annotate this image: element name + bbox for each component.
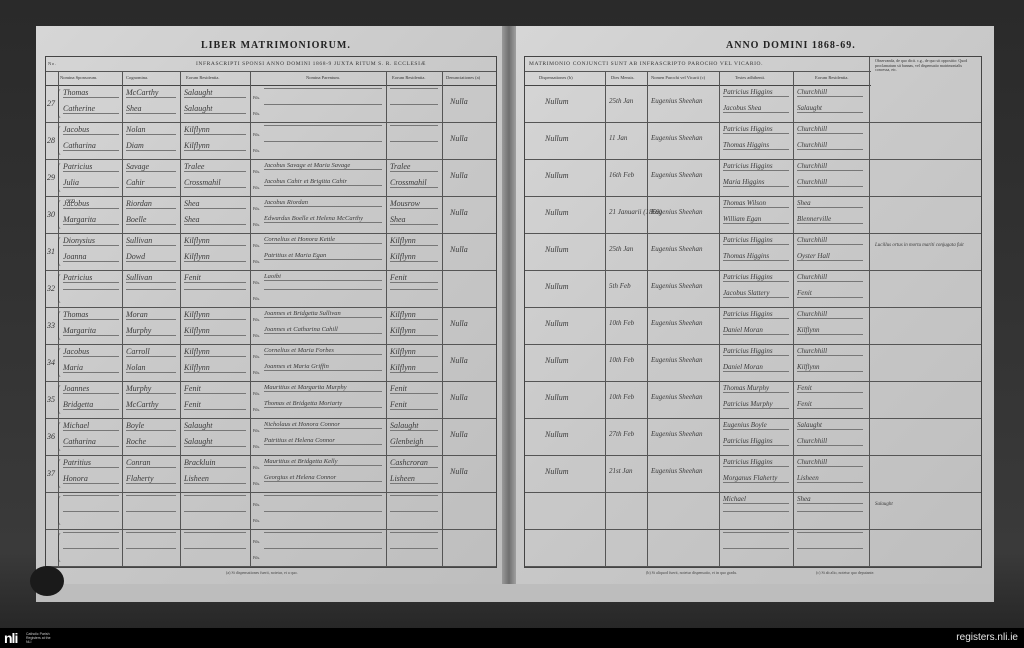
priest-name: Eugenius Sheehan [651,171,703,179]
bride-residence: Lisheen [184,474,246,484]
groom-parents: Mauritius et Bridgetta Kelly [264,458,382,466]
groom-residence: Kilflynn [184,347,246,357]
bride-parents: Patritius et Maria Egan [264,252,382,260]
dispensation: Nullum [545,134,569,143]
witness-2: Jacobus Shea [723,104,789,113]
dispensation: Nullum [545,393,569,402]
groom-name: Patricius [63,162,119,172]
marriage-date: 25th Jan [609,97,633,105]
groom-surname: Murphy [126,384,176,394]
marriage-date: 16th Feb [609,171,634,179]
witness-1-residence: Churchhill [797,162,863,171]
banns: Nulla [450,171,468,180]
groom-parents [264,495,382,496]
col-parents-residentia: Eorum Residentia. [392,75,426,80]
bride-name: Catharina [63,141,119,151]
banns: Nulla [450,356,468,365]
groom-residence [184,532,246,533]
witness-1: Patricius Higgins [723,458,789,467]
groom-residence [184,495,246,496]
groom-parents-residence [390,532,438,533]
groom-name: Thomas [63,88,119,98]
groom-parents: Nicholaus et Honora Connor [264,421,382,429]
bride-surname: Nolan [126,363,176,373]
col-dispensationes: Dispensationes (b) [539,75,573,80]
witness-2 [723,511,789,512]
witness-1: Michael [723,495,789,504]
priest-name: Eugenius Sheehan [651,467,703,475]
bride-surname [126,289,176,290]
groom-name: Michael [63,421,119,431]
entry-number: 32 [47,284,55,293]
col-dies-mensis: Dies Mensis. [611,75,635,80]
groom-parents-residence [390,125,438,126]
banns: Nulla [450,208,468,217]
witness-1-residence: Shea [797,495,863,504]
witness-1-residence: Churchhill [797,125,863,134]
groom-residence: Tralee [184,162,246,172]
right-footnote-b: (b) Si aliquod fuerit, notetur dispensat… [646,570,737,575]
bride-residence [184,548,246,549]
bride-parents: Joannes et Maria Griffin [264,363,382,371]
filius-label: Fils. [253,206,260,211]
footer-bar: nli Catholic Parish Registers at the NLI… [0,628,1024,648]
groom-parents-residence: Salaught [390,421,438,431]
groom-name: Jacobus [63,199,119,209]
groom-parents-residence: Mousrow [390,199,438,209]
witness-1: Eugenius Boyle [723,421,789,430]
groom-name: Thomas [63,310,119,320]
groom-parents-residence: Kilflynn [390,310,438,320]
filius-label: Fils. [253,243,260,248]
witness-2-residence: Oyster Hall [797,252,863,261]
groom-residence: Kilflynn [184,310,246,320]
groom-parents [264,125,382,126]
witness-2: Patricius Murphy [723,400,789,409]
groom-residence: Fenit [184,273,246,283]
bride-residence: Salaught [184,104,246,114]
bride-residence: Kilflynn [184,252,246,262]
bride-residence: Fenit [184,400,246,410]
witness-2-residence [797,548,863,549]
bride-parents: Edwardus Boelle et Helena McCarthy [264,215,382,223]
groom-name: Patritius [63,458,119,468]
col-testes: Testes adhibenti. [735,75,765,80]
filius-label: Fils. [253,280,260,285]
left-register-table: No. INFRASCRIPTI SPONSI ANNO DOMINI 1868… [45,56,497,568]
groom-residence: Salaught [184,421,246,431]
bride-parents: Thomas et Bridgetta Moriarty [264,400,382,408]
groom-surname [126,495,176,496]
groom-residence: Kilflynn [184,125,246,135]
witness-2: Patricius Higgins [723,437,789,446]
groom-name: Patricius [63,273,119,283]
marriage-date: 10th Feb [609,356,634,364]
dispensation: Nullum [545,171,569,180]
bride-name: Joanna [63,252,119,262]
right-register-table: MATRIMONIO CONJUNCTI SUNT AB INFRASCRIPT… [524,56,982,568]
witness-1: Patricius Higgins [723,273,789,282]
witness-1 [723,532,789,533]
bride-parents-residence: Shea [390,215,438,225]
witness-2-residence: Kilflynn [797,326,863,335]
bride-parents-residence [390,104,438,105]
site-link[interactable]: registers.nli.ie [956,632,1018,643]
groom-surname: Savage [126,162,176,172]
right-page-title: ANNO DOMINI 1868-69. [726,40,856,51]
groom-name: Dionysius [63,236,119,246]
bride-parents-residence [390,511,438,512]
dispensation: Nullum [545,282,569,291]
filia-label: Fils. [253,370,260,375]
witness-1-residence: Churchhill [797,88,863,97]
groom-parents-residence [390,88,438,89]
entry-number: 27 [47,99,55,108]
witness-2 [723,548,789,549]
priest-name: Eugenius Sheehan [651,430,703,438]
bride-residence [184,289,246,290]
book-gutter [502,26,516,584]
groom-parents: Laoibi [264,273,382,281]
bride-name: Bridgetta [63,400,119,410]
witness-2-residence: Fenit [797,289,863,298]
banns: Nulla [450,134,468,143]
filius-label: Fils. [253,317,260,322]
bride-parents-residence [390,141,438,142]
witness-1-residence: Churchhill [797,273,863,282]
bride-residence: Kilflynn [184,326,246,336]
bride-parents-residence [390,548,438,549]
groom-parents: Cornelius et Honora Kettle [264,236,382,244]
bride-parents-residence: Kilflynn [390,326,438,336]
bride-surname: Roche [126,437,176,447]
scanned-register-image: LIBER MATRIMONIORUM. 369 No. INFRASCRIPT… [0,0,1024,628]
marriage-date: 21st Jan [609,467,633,475]
observation-note: Lucillus ortus in mortu mariti conjugata… [875,243,975,248]
groom-name: Jacobus [63,125,119,135]
priest-name: Eugenius Sheehan [651,97,703,105]
nli-logo-text: Catholic Parish Registers at the NLI [26,632,56,644]
bride-parents-residence [390,289,438,290]
groom-name: Jacobus [63,347,119,357]
bride-parents [264,289,382,290]
bride-surname: Cahir [126,178,176,188]
witness-1-residence: Churchhill [797,236,863,245]
filia-label: Fils. [253,407,260,412]
left-page-title: LIBER MATRIMONIORUM. [201,40,351,51]
right-page: ANNO DOMINI 1868-69. MATRIMONIO CONJUNCT… [516,26,994,584]
entry-number: 31 [47,247,55,256]
bride-name: Catharina [63,437,119,447]
filia-label: Fils. [253,555,260,560]
groom-surname: Carroll [126,347,176,357]
bride-surname: Boelle [126,215,176,225]
bride-surname: Dowd [126,252,176,262]
bride-surname [126,511,176,512]
col-testes-residentia: Eorum Residentia. [815,75,849,80]
groom-name: Joannes [63,384,119,394]
banns: Nulla [450,393,468,402]
col-cognomina: Cognomina. [126,75,148,80]
filia-label: Fils. [253,185,260,190]
witness-1: Patricius Higgins [723,310,789,319]
bride-residence: Shea [184,215,246,225]
left-column-headers: Nomina Sponsorum. Cognomina. Eorum Resid… [46,71,496,86]
groom-parents [264,88,382,89]
bride-parents-residence: Crossmahil [390,178,438,188]
groom-surname: Sullivan [126,273,176,283]
marriage-date: 11 Jan [609,134,627,142]
right-column-headers: Dispensationes (b) Dies Mensis. Nomen Pa… [525,71,871,86]
priest-name: Eugenius Sheehan [651,282,703,290]
banns: Nulla [450,467,468,476]
bride-surname [126,548,176,549]
col-parochus: Nomen Parochi vel Vicarii (c) [651,75,705,80]
dispensation: Nullum [545,319,569,328]
witness-1-residence: Fenit [797,384,863,393]
bride-name: Julia [63,178,119,188]
witness-2: William Egan [723,215,789,224]
witness-1-residence: Shea [797,199,863,208]
groom-residence: Salaught [184,88,246,98]
filius-label: Fils. [253,391,260,396]
bride-parents: Patritius et Helena Connor [264,437,382,445]
witness-2: Daniel Moran [723,326,789,335]
bride-surname: Murphy [126,326,176,336]
dispensation: Nullum [545,430,569,439]
filia-label: Fils. [253,481,260,486]
left-header-text: INFRASCRIPTI SPONSI ANNO DOMINI 1868-9 J… [196,61,426,67]
entry-number: 30 [47,210,55,219]
witness-1-residence [797,532,863,533]
bride-parents-residence: Kilflynn [390,363,438,373]
witness-2: Thomas Higgins [723,141,789,150]
left-footnote: (a) Si dispensationes fuerit, notetur, e… [226,570,298,575]
bride-name: Maria [63,363,119,373]
witness-2-residence: Salaught [797,104,863,113]
groom-parents: Mauritius et Margarita Murphy [264,384,382,392]
witness-1: Patricius Higgins [723,347,789,356]
bride-parents [264,141,382,142]
marriage-date: 25th Jan [609,245,633,253]
groom-residence: Fenit [184,384,246,394]
witness-2-residence: Lisheen [797,474,863,483]
priest-name: Eugenius Sheehan [651,393,703,401]
witness-2-residence: Churchhill [797,141,863,150]
bride-name: Honora [63,474,119,484]
witness-2-residence [797,511,863,512]
groom-surname: Nolan [126,125,176,135]
filia-label: Fils. [253,333,260,338]
groom-parents [264,532,382,533]
witness-2-residence: Kilflynn [797,363,863,372]
groom-parents-residence [390,495,438,496]
filia-label: Fils. [253,222,260,227]
bride-residence: Salaught [184,437,246,447]
bride-residence: Kilflynn [184,363,246,373]
witness-1-residence: Churchhill [797,347,863,356]
entry-number: 34 [47,358,55,367]
witness-1-residence: Churchhill [797,310,863,319]
bride-residence: Kilflynn [184,141,246,151]
witness-2: Jacobus Slattery [723,289,789,298]
groom-parents-residence: Cashcroran [390,458,438,468]
filius-label: Fils. [253,95,260,100]
groom-parents: Jacobus Savage et Maria Savage [264,162,382,170]
bride-name [63,289,119,290]
groom-parents: Joannes et Bridgetta Sullivan [264,310,382,318]
filia-label: Fils. [253,111,260,116]
bride-parents-residence: Kilflynn [390,252,438,262]
bride-name [63,548,119,549]
bride-name: Margarita [63,326,119,336]
groom-residence: Brackluin [184,458,246,468]
left-page: LIBER MATRIMONIORUM. 369 No. INFRASCRIPT… [36,26,502,584]
groom-surname: Sullivan [126,236,176,246]
witness-1: Patricius Higgins [723,162,789,171]
observanda-header: Observanda, de quo dicit. c.g., de quo s… [875,59,975,73]
filius-label: Fils. [253,169,260,174]
bride-parents [264,104,382,105]
filia-label: Fils. [253,148,260,153]
filia-label: Fils. [253,518,260,523]
marriage-date: 5th Feb [609,282,631,290]
groom-parents-residence: Tralee [390,162,438,172]
dispensation: Nullum [545,467,569,476]
entry-number: 33 [47,321,55,330]
dispensation: Nullum [545,356,569,365]
priest-name: Eugenius Sheehan [651,245,703,253]
witness-1: Thomas Wilson [723,199,789,208]
witness-2-residence: Blennerville [797,215,863,224]
groom-surname: Riordan [126,199,176,209]
marriage-date: 10th Feb [609,319,634,327]
bride-surname: McCarthy [126,400,176,410]
priest-name: Eugenius Sheehan [651,208,703,216]
entry-number: 28 [47,136,55,145]
witness-1: Thomas Murphy [723,384,789,393]
register-book: LIBER MATRIMONIORUM. 369 No. INFRASCRIPT… [36,26,994,602]
bride-parents-residence: Lisheen [390,474,438,484]
bride-surname: Diam [126,141,176,151]
bride-parents [264,511,382,512]
witness-1-residence: Salaught [797,421,863,430]
dispensation: Nullum [545,245,569,254]
groom-parents-residence: Kilflynn [390,347,438,357]
entry-number: 35 [47,395,55,404]
witness-2: Thomas Higgins [723,252,789,261]
col-nomina-parentum: Nomina Parentum. [306,75,340,80]
nli-logo[interactable]: nli [4,630,17,646]
priest-name: Eugenius Sheehan [651,356,703,364]
groom-parents-residence: Fenit [390,273,438,283]
priest-name: Eugenius Sheehan [651,319,703,327]
bride-parents: Georgius et Helena Connor [264,474,382,482]
bride-residence: Crossmahil [184,178,246,188]
witness-2-residence: Fenit [797,400,863,409]
filius-label: Fils. [253,428,260,433]
observation-note: Salaught [875,502,975,507]
groom-residence: Shea [184,199,246,209]
witness-1: Patricius Higgins [723,88,789,97]
groom-surname: McCarthy [126,88,176,98]
left-table-header: No. INFRASCRIPTI SPONSI ANNO DOMINI 1868… [46,57,496,72]
bride-parents: Jacobus Cahir et Brigitta Cahir [264,178,382,186]
groom-surname [126,532,176,533]
witness-2: Daniel Moran [723,363,789,372]
banns: Nulla [450,319,468,328]
groom-parents: Cornelius et Maria Forbes [264,347,382,355]
witness-1-residence: Churchhill [797,458,863,467]
ink-blot [30,566,64,596]
filius-label: Fils. [253,354,260,359]
bride-name: Catherine [63,104,119,114]
marriage-date: 10th Feb [609,393,634,401]
witness-2-residence: Churchhill [797,437,863,446]
bride-parents: Joannes et Catharina Cahill [264,326,382,334]
witness-2: Maria Higgins [723,178,789,187]
dispensation: Nullum [545,208,569,217]
entry-number: 37 [47,469,55,478]
entry-number: 29 [47,173,55,182]
bride-surname: Shea [126,104,176,114]
entry-number: 36 [47,432,55,441]
bride-parents-residence: Glenbeigh [390,437,438,447]
witness-1: Patricius Higgins [723,236,789,245]
banns: Nulla [450,97,468,106]
banns: Nulla [450,430,468,439]
witness-1: Patricius Higgins [723,125,789,134]
col-denunciationes: Denunciationes (a) [446,75,480,80]
priest-name: Eugenius Sheehan [651,134,703,142]
right-header-text: MATRIMONIO CONJUNCTI SUNT AB INFRASCRIPT… [529,61,763,67]
bride-surname: Flaherty [126,474,176,484]
groom-surname: Conran [126,458,176,468]
bride-name [63,511,119,512]
bride-name: Margarita [63,215,119,225]
filius-label: Fils. [253,502,260,507]
groom-name [63,532,119,533]
marriage-date: 27th Feb [609,430,634,438]
groom-name [63,495,119,496]
filius-label: Fils. [253,465,260,470]
filius-label: Fils. [253,539,260,544]
groom-parents-residence: Kilflynn [390,236,438,246]
groom-residence: Kilflynn [184,236,246,246]
filius-label: Fils. [253,132,260,137]
col-nomina-sponsorum: Nomina Sponsorum. [60,75,97,80]
groom-surname: Moran [126,310,176,320]
col-residentia: Eorum Residentia. [186,75,220,80]
dispensation: Nullum [545,97,569,106]
filia-label: Fils. [253,444,260,449]
right-table-header: MATRIMONIO CONJUNCTI SUNT AB INFRASCRIPT… [525,57,871,72]
col-no-label: No. [48,61,56,66]
groom-parents: Jacobus Riordan [264,199,382,207]
witness-2: Morganus Flaherty [723,474,789,483]
groom-surname: Boyle [126,421,176,431]
filia-label: Fils. [253,296,260,301]
groom-parents-residence: Fenit [390,384,438,394]
bride-parents [264,548,382,549]
bride-residence [184,511,246,512]
banns: Nulla [450,245,468,254]
filia-label: Fils. [253,259,260,264]
witness-2-residence: Churchhill [797,178,863,187]
bride-parents-residence: Fenit [390,400,438,410]
right-footnote-c: (c) Si ab alio, notetur quo deputante. [816,570,874,575]
